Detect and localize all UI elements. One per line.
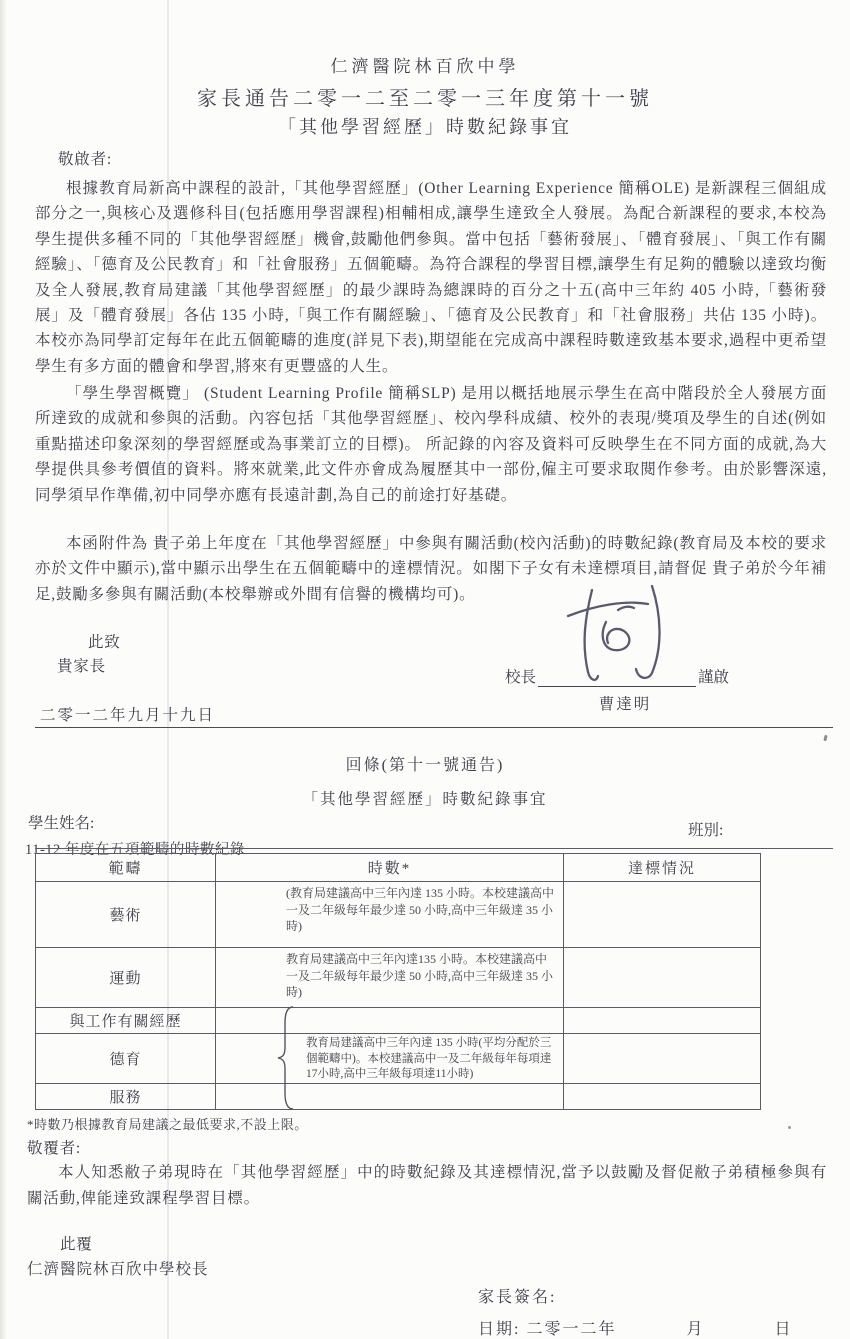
hours-note-text: (教育局建議高中三年內達 135 小時。本校建議高中一及二年級每年最少達 50 … bbox=[216, 882, 563, 935]
table-top-rule bbox=[35, 848, 833, 849]
hours-note-cell bbox=[216, 1008, 564, 1034]
reply-slip-title: 回條(第十一號通告) bbox=[0, 752, 850, 775]
table-footnote: *時數乃根據教育局建議之最低要求,不設上限。 bbox=[27, 1114, 308, 1133]
table-row-service: 服務 bbox=[36, 1084, 761, 1110]
table-row-career: 與工作有關經歷 bbox=[36, 1008, 761, 1034]
reply-closing: 此覆 bbox=[60, 1232, 93, 1257]
scan-speck bbox=[823, 735, 827, 742]
scan-page-edge bbox=[0, 0, 7, 1339]
category-cell: 德育 bbox=[36, 1034, 216, 1084]
table-row-sports: 運動 教育局建議高中三年內達135 小時。本校建議高中一及二年級每年最少達 50… bbox=[36, 948, 761, 1008]
table-header-row: 範疇 時數* 達標情況 bbox=[36, 854, 761, 882]
hours-note-cell: 教育局建議高中三年內達 135 小時(平均分配於三個範疇中)。本校建議高中一及二… bbox=[216, 1034, 564, 1084]
hours-note-text: 教育局建議高中三年內達 135 小時(平均分配於三個範疇中)。本校建議高中一及二… bbox=[216, 1034, 563, 1083]
hours-note-text: 教育局建議高中三年內達135 小時。本校建議高中一及二年級每年最少達 50 小時… bbox=[216, 948, 563, 1001]
date-label: 日期: bbox=[478, 1321, 520, 1338]
paragraph-slp: 「學生學習概覽」 (Student Learning Profile 簡稱SLP… bbox=[35, 381, 827, 508]
addressee: 貴家長 bbox=[57, 654, 106, 679]
student-name-label: 學生姓名: bbox=[28, 811, 94, 833]
status-cell bbox=[564, 948, 761, 1008]
salutation: 敬啟者: bbox=[58, 147, 112, 172]
scanned-parent-notice: 仁濟醫院林百欣中學 家長通告二零一二至二零一三年度第十一號 「其他學習經歷」時數… bbox=[0, 0, 850, 1339]
ole-hours-table: 範疇 時數* 達標情況 藝術 (教育局建議高中三年內達 135 小時。本校建議高… bbox=[35, 853, 761, 1110]
category-cell: 藝術 bbox=[36, 882, 216, 948]
notice-subject: 「其他學習經歷」時數紀錄事宜 bbox=[0, 113, 850, 139]
merged-rows-brace bbox=[276, 1005, 298, 1111]
principal-handwritten-signature bbox=[548, 580, 688, 690]
notice-issue-date: 二零一二年九月十九日 bbox=[40, 703, 215, 725]
status-cell bbox=[564, 1034, 761, 1084]
status-cell bbox=[564, 1008, 761, 1034]
respectfully-label: 謹啟 bbox=[698, 665, 729, 687]
reply-salutation: 敬覆者: bbox=[27, 1136, 81, 1161]
date-year: 二零一二年 bbox=[526, 1321, 616, 1338]
paragraph-attachment: 本函附件為 貴子弟上年度在「其他學習經歷」中參與有關活動(校內活動)的時數紀錄(… bbox=[35, 531, 827, 607]
table-row-moral: 德育 教育局建議高中三年內達 135 小時(平均分配於三個範疇中)。本校建議高中… bbox=[36, 1034, 761, 1084]
table-row-art: 藝術 (教育局建議高中三年內達 135 小時。本校建議高中一及二年級每年最少達 … bbox=[36, 882, 761, 948]
hours-note-cell: (教育局建議高中三年內達 135 小時。本校建議高中一及二年級每年最少達 50 … bbox=[216, 882, 564, 948]
header-category: 範疇 bbox=[36, 854, 216, 882]
day-label: 日 bbox=[774, 1321, 792, 1338]
hours-note-cell: 教育局建議高中三年內達135 小時。本校建議高中一及二年級每年最少達 50 小時… bbox=[216, 948, 564, 1008]
school-name: 仁濟醫院林百欣中學 bbox=[0, 52, 850, 77]
header-status: 達標情況 bbox=[564, 854, 761, 882]
status-cell bbox=[564, 882, 761, 948]
category-cell: 與工作有關經歷 bbox=[36, 1008, 216, 1034]
scan-speck bbox=[788, 1126, 791, 1129]
reply-to-principal: 仁濟醫院林百欣中學校長 bbox=[27, 1257, 209, 1279]
hours-note-cell bbox=[216, 1084, 564, 1110]
parent-signature-label: 家長簽名: bbox=[478, 1284, 556, 1307]
paragraph-ole-intro: 根據教育局新高中課程的設計,「其他學習經歷」(Other Learning Ex… bbox=[35, 176, 827, 379]
header-hours: 時數* bbox=[216, 854, 564, 882]
category-cell: 服務 bbox=[36, 1084, 216, 1110]
tear-off-divider bbox=[35, 727, 833, 728]
reply-slip-subject: 「其他學習經歷」時數紀錄事宜 bbox=[0, 787, 850, 809]
principal-label: 校長 bbox=[505, 665, 536, 687]
principal-name: 曹達明 bbox=[545, 692, 705, 714]
month-label: 月 bbox=[686, 1321, 704, 1338]
status-cell bbox=[564, 1084, 761, 1110]
notice-number-title: 家長通告二零一二至二零一三年度第十一號 bbox=[0, 82, 850, 111]
reply-date-row: 日期: 二零一二年 月 日 bbox=[478, 1316, 793, 1339]
closing-phrase: 此致 bbox=[88, 630, 121, 655]
category-cell: 運動 bbox=[36, 948, 216, 1008]
class-label: 班別: bbox=[688, 818, 723, 840]
reply-acknowledgement: 本人知悉敝子弟現時在「其他學習經歷」中的時數紀錄及其達標情況,當予以鼓勵及督促敝… bbox=[27, 1160, 827, 1212]
